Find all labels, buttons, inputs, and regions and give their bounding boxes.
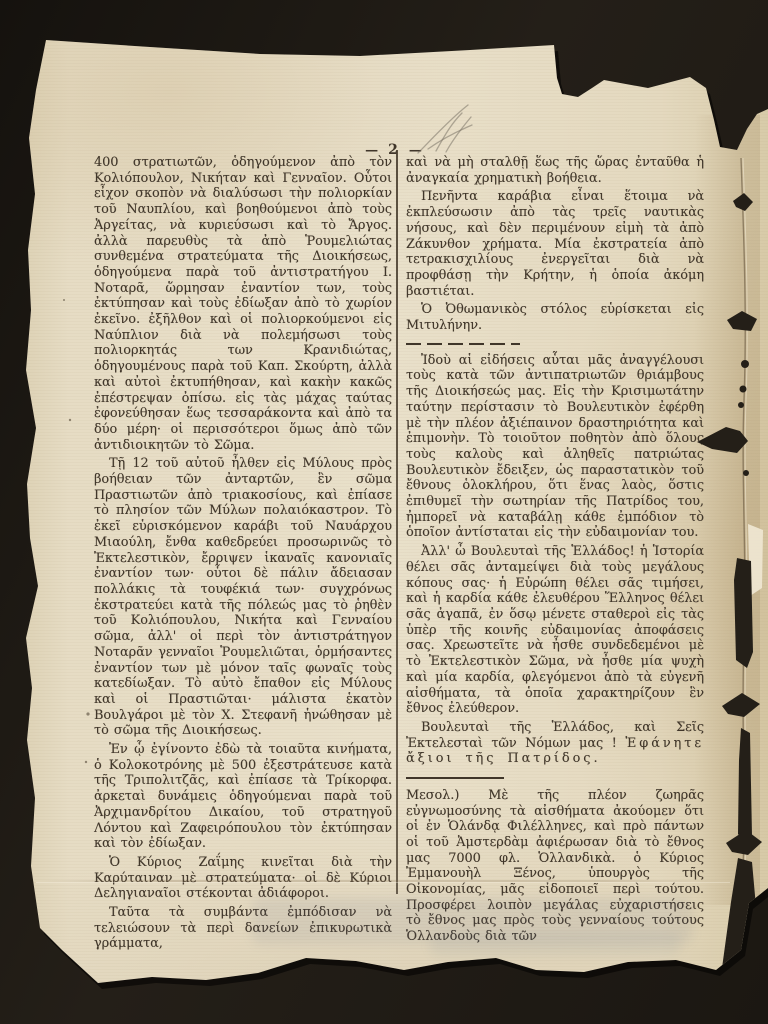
column-divider-rule — [396, 150, 398, 894]
left-column: 400 στρατιωτῶν, ὁδηγούμενον ἀπὸ τὸν Κολι… — [94, 155, 392, 955]
dashed-section-separator — [406, 343, 520, 345]
paragraph: Ἰδοὺ αἱ εἰδήσεις αὗται μᾶς ἀναγγέλουσι τ… — [406, 353, 704, 541]
right-column: καὶ νὰ μὴ σταλθῇ ἕως τῆς ὥρας ἐνταῦθα ἡ … — [406, 155, 704, 948]
photo-background: — 2 — 400 στρατιωτῶν, ὁδηγούμενον ἀπὸ τὸ… — [0, 0, 768, 1024]
paragraph: καὶ νὰ μὴ σταλθῇ ἕως τῆς ὥρας ἐνταῦθα ἡ … — [406, 155, 704, 186]
paragraph-address: Βουλευταὶ τῆς Ἑλλάδος, καὶ Σεῖς Ἐκτελεστ… — [406, 720, 704, 767]
paragraph: Ὁ Κύριος Ζαΐμης κινεῖται διὰ τὴν Καρύται… — [94, 855, 392, 902]
newspaper-page: — 2 — 400 στρατιωτῶν, ὁδηγούμενον ἀπὸ τὸ… — [0, 0, 768, 1024]
paragraph: Τῇ 12 τοῦ αὐτοῦ ἦλθεν εἰς Μύλους πρὸς βο… — [94, 456, 392, 739]
paragraph: 400 στρατιωτῶν, ὁδηγούμενον ἀπὸ τὸν Κολι… — [94, 155, 392, 453]
horizontal-fold-crease — [36, 880, 730, 882]
paragraph: Ἐν ᾧ ἐγίνοντο ἐδὼ τὰ τοιαῦτα κινήματα, ὁ… — [94, 742, 392, 852]
paragraph: Ἀλλ' ὦ Βουλευταὶ τῆς Ἑλλάδος! ἡ Ἱστορία … — [406, 544, 704, 717]
foxing-specks — [63, 299, 90, 763]
ink-showthrough — [430, 932, 680, 956]
paragraph: Πενῆντα καράβια εἶναι ἕτοιμα νὰ ἐκπλεύσω… — [406, 189, 704, 299]
solid-section-separator — [406, 777, 504, 779]
paragraph: Ὁ Ὀθωμανικὸς στόλος εὑρίσκεται εἰς Μιτυλ… — [406, 302, 704, 333]
